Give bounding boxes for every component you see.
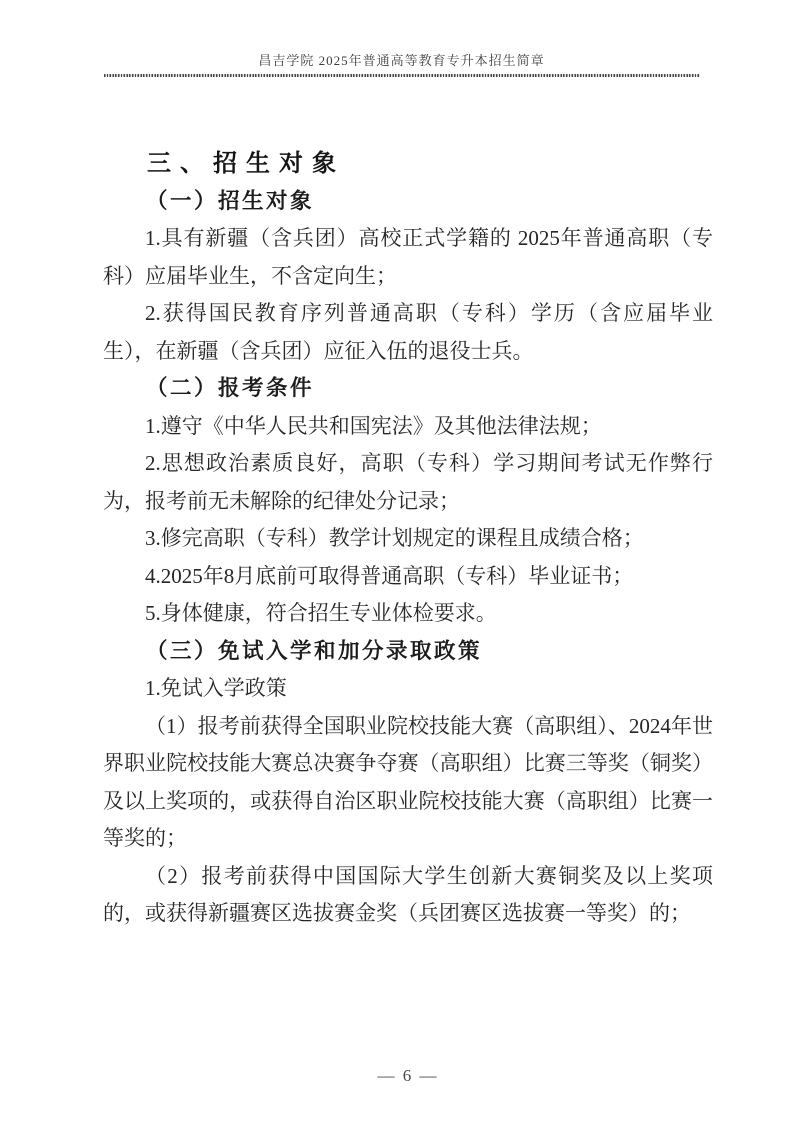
section-heading: 三、招生对象 xyxy=(103,145,713,183)
paragraph-enrollment-1: 1.具有新疆（含兵团）高校正式学籍的 2025年普通高职（专科）应届毕业生，不含… xyxy=(103,220,713,295)
paragraph-enrollment-2: 2.获得国民教育序列普通高职（专科）学历（含应届毕业生），在新疆（含兵团）应征入… xyxy=(103,295,713,370)
header-divider xyxy=(104,74,700,77)
paragraph-exemption-intro: 1.免试入学政策 xyxy=(103,670,713,708)
header-title: 昌吉学院 2025年普通高等教育专升本招生简章 xyxy=(103,50,700,69)
subsection-2-heading: （二）报考条件 xyxy=(103,370,713,408)
subsection-1-heading: （一）招生对象 xyxy=(103,183,713,221)
paragraph-condition-4: 4.2025年8月底前可取得普通高职（专科）毕业证书； xyxy=(103,558,713,596)
paragraph-exemption-1: （1）报考前获得全国职业院校技能大赛（高职组）、2024年世界职业院校技能大赛总… xyxy=(103,708,713,858)
paragraph-condition-5: 5.身体健康，符合招生专业体检要求。 xyxy=(103,595,713,633)
document-body: 三、招生对象 （一）招生对象 1.具有新疆（含兵团）高校正式学籍的 2025年普… xyxy=(103,145,713,933)
paragraph-condition-1: 1.遵守《中华人民共和国宪法》及其他法律法规； xyxy=(103,408,713,446)
paragraph-condition-2: 2.思想政治素质良好，高职（专科）学习期间考试无作弊行为，报考前无未解除的纪律处… xyxy=(103,445,713,520)
page-footer: — 6 — xyxy=(103,1066,713,1086)
paragraph-exemption-2: （2）报考前获得中国国际大学生创新大赛铜奖及以上奖项的，或获得新疆赛区选拔赛金奖… xyxy=(103,858,713,933)
paragraph-condition-3: 3.修完高职（专科）教学计划规定的课程且成绩合格； xyxy=(103,520,713,558)
subsection-3-heading: （三）免试入学和加分录取政策 xyxy=(103,633,713,671)
document-page: 昌吉学院 2025年普通高等教育专升本招生简章 三、招生对象 （一）招生对象 1… xyxy=(0,0,800,1132)
page-number: — 6 — xyxy=(378,1066,439,1085)
